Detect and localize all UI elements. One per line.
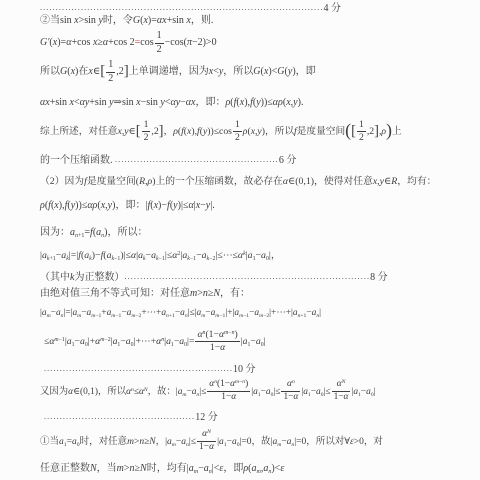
dot-leader: ........................................… <box>124 272 370 281</box>
part2-intro-line: （2）因为f是度量空间(R,ρ)上的一个压缩函数，故必存在α∈(0,1)，使得对… <box>40 176 462 188</box>
line-math: |ak+1−ak|=|f(ak)−f(ak−1)|≤α|ak−ak−1|≤α2|… <box>40 250 281 261</box>
document-page: ........................................… <box>0 0 480 480</box>
dot-leader: ........................................… <box>40 3 324 12</box>
line-math: ①当a1=a0时，对任意m>n≥N，|am−an|≤αN1−α|a1−a0|=0… <box>40 437 383 447</box>
contraction-conclusion-score-6pts-line: 的一个压缩函数. ...............................… <box>40 155 462 168</box>
line-math: （2）因为f是度量空间(R,ρ)上的一个压缩函数，故必存在α∈(0,1)，使得对… <box>40 176 436 187</box>
line-math: ρ(f(x),f(y))≤αρ(x,y)，即：|f(x)−f(y)|≤α|x−y… <box>40 200 215 211</box>
line-math: 综上所述，对任意x,y∈[12,2]，ρ(f(x),f(y))≤cos12ρ(x… <box>40 126 402 137</box>
inequality-implication-line: αx+sin x<αy+sin y⇒sin x−sin y<αy−αx，即：ρ(… <box>40 97 462 110</box>
line-math: 因为：an+1=f(an)，所以： <box>40 227 148 238</box>
derivative-inequality-line: G′(x)=α+cos x≥α+cos 2=cos12−cos(π−2)>0 <box>40 31 462 55</box>
dot-leader: ........................................… <box>44 412 195 421</box>
case2-intro-line: ②当sin x>sin y时，令G(x)=αx+sin x，则. <box>40 15 462 28</box>
line-math: （其中k为正整数） <box>40 272 124 283</box>
line-math: 任意正整数N，当m>n≥N时，均有|am−an|<ε，即ρ(am,an)<ε <box>40 463 284 474</box>
score-label: 10 分 <box>233 364 256 375</box>
epsilon-conclusion-line: 任意正整数N，当m>n≥N时，均有|am−an|<ε，即ρ(am,an)<ε <box>40 463 462 476</box>
dot-leader: ........................................… <box>44 364 233 373</box>
score-marker-4pts-line: ........................................… <box>40 3 462 16</box>
telescoping-sum-line: |am−an|=|am−am−1+am−1−am−2+⋯+an+1−an|≤|a… <box>40 308 462 320</box>
summary-contraction-line: 综上所述，对任意x,y∈[12,2]，ρ(f(x),f(y))≤cos12ρ(x… <box>40 120 462 143</box>
line-math: 又因为α∈(0,1)，所以αn≤αN，故：|am−an|≤αn(1−αm−n)1… <box>40 387 376 397</box>
line-math: αx+sin x<αy+sin y⇒sin x−sin y<αy−αx，即：ρ(… <box>40 97 303 108</box>
score-label: 4 分 <box>324 3 342 14</box>
line-math: 由绝对值三角不等式可知：对任意m>n≥N，有： <box>40 288 250 299</box>
score-marker-10pts-line: ........................................… <box>44 364 462 377</box>
line-math: 所以G(x)在x∈[12,2]上单调递增，因为x<y，所以G(x)<G(y)，即 <box>40 66 316 77</box>
case1-a1-equals-a0-line: ①当a1=a0时，对任意m>n≥N，|am−an|≤αN1−α|a1−a0|=0… <box>40 430 462 453</box>
successive-difference-bound-line: |ak+1−ak|=|f(ak)−f(ak−1)|≤α|ak−ak−1|≤α2|… <box>40 250 462 262</box>
line-math: ②当sin x>sin y时，令G(x)=αx+sin x，则. <box>40 15 213 26</box>
recurrence-definition-line: 因为：an+1=f(an)，所以： <box>40 227 462 240</box>
score-label: 6 分 <box>279 155 297 166</box>
metric-inequality-line: ρ(f(x),f(y))≤αρ(x,y)，即：|f(x)−f(y)|≤α|x−y… <box>40 200 462 213</box>
alpha-power-bound-line: 又因为α∈(0,1)，所以αn≤αN，故：|am−an|≤αn(1−αm−n)1… <box>40 380 462 403</box>
line-math: G′(x)=α+cos x≥α+cos 2=cos12−cos(π−2)>0 <box>40 37 217 48</box>
score-marker-12pts-line: ........................................… <box>44 412 462 425</box>
line-math: ≤αm−1|a1−a0|+αm−2|a1−a0|+⋯+αn|a1−a0|=αn(… <box>44 336 266 347</box>
monotonic-increase-line: 所以G(x)在x∈[12,2]上单调递增，因为x<y，所以G(x)<G(y)，即 <box>40 60 462 84</box>
score-label: 12 分 <box>195 412 218 423</box>
score-label: 8 分 <box>370 272 388 283</box>
k-positive-integer-score-8pts-line: （其中k为正整数）...............................… <box>40 272 462 285</box>
geometric-series-bound-line: ≤αm−1|a1−a0|+αm−2|a1−a0|+⋯+αn|a1−a0|=αn(… <box>44 330 462 353</box>
line-math: 的一个压缩函数. <box>40 155 115 166</box>
dot-leader: ........................................… <box>115 155 279 164</box>
triangle-inequality-intro-line: 由绝对值三角不等式可知：对任意m>n≥N，有： <box>40 288 462 301</box>
line-math: |am−an|=|am−am−1+am−1−am−2+⋯+an+1−an|≤|a… <box>40 308 321 318</box>
